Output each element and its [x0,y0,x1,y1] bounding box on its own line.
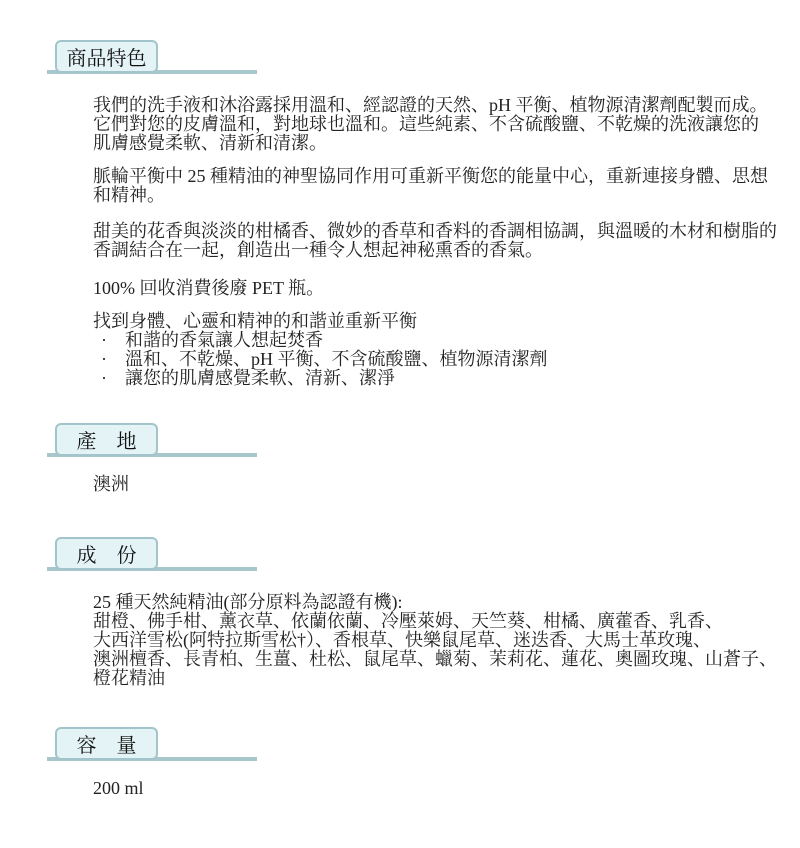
origin-value-block: 澳洲 [93,475,778,494]
section-title-volume: 容 量 [77,729,137,758]
bullet-marker: · [101,331,125,350]
text-line: 100% 回收消費後廢 PET 瓶。 [93,279,778,298]
section-title-box: 產 地 [55,423,158,456]
text-line: 甜美的花香與淡淡的柑橘香、微妙的香草和香料的香調相協調，與溫暖的木材和樹脂的 [93,222,778,241]
text-line: 和精神。 [93,186,778,205]
product-detail-page: 商品特色 我們的洗手液和沐浴露採用溫和、經認證的天然、pH 平衡、植物源清潔劑配… [0,0,800,848]
bullet-text: 溫和、不乾燥、pH 平衡、不含硫酸鹽、植物源清潔劑 [125,350,548,369]
text-line: 澳洲檀香、長青柏、生薑、杜松、鼠尾草、蠟菊、茉莉花、蓮花、奧圖玫瑰、山蒼子、 [93,650,778,669]
features-paragraph-chakra: 脈輪平衡中 25 種精油的神聖協同作用可重新平衡您的能量中心，重新連接身體、思想… [93,167,778,205]
text-line: 大西洋雪松(阿特拉斯雪松†）、香根草、快樂鼠尾草、迷迭香、大馬士革玫瑰、 [93,631,778,650]
section-title-origin: 產 地 [77,425,137,454]
text-line: 甜橙、佛手柑、薰衣草、依蘭依蘭、冷壓萊姆、天竺葵、柑橘、廣藿香、乳香、 [93,612,778,631]
features-paragraph-intro: 我們的洗手液和沐浴露採用溫和、經認證的天然、pH 平衡、植物源清潔劑配製而成。 … [93,96,778,153]
section-header-ingredients: 成 份 [55,537,270,573]
features-paragraph-bottle: 100% 回收消費後廢 PET 瓶。 [93,279,778,298]
bullet-text: 讓您的肌膚感覺柔軟、清新、潔淨 [125,369,395,388]
features-paragraph-scent: 甜美的花香與淡淡的柑橘香、微妙的香草和香料的香調相協調，與溫暖的木材和樹脂的 香… [93,222,778,260]
bullet-item: · 讓您的肌膚感覺柔軟、清新、潔淨 [93,369,778,388]
section-header-features: 商品特色 [55,40,270,76]
volume-value: 200 ml [93,779,778,798]
text-line: 它們對您的皮膚溫和，對地球也溫和。這些純素、不含硫酸鹽、不乾燥的洗液讓您的 [93,115,778,134]
section-header-volume: 容 量 [55,727,270,763]
text-line: 橙花精油 [93,669,778,688]
bullet-marker: · [101,369,125,388]
ingredients-text-block: 25 種天然純精油(部分原料為認證有機): 甜橙、佛手柑、薰衣草、依蘭依蘭、冷壓… [93,593,778,688]
section-title-features: 商品特色 [67,42,147,71]
section-title-box: 商品特色 [55,40,158,73]
origin-value: 澳洲 [93,475,778,494]
bullet-item: · 溫和、不乾燥、pH 平衡、不含硫酸鹽、植物源清潔劑 [93,350,778,369]
section-title-ingredients: 成 份 [77,539,137,568]
features-harmony-block: 找到身體、心靈和精神的和諧並重新平衡 · 和諧的香氣讓人想起焚香 · 溫和、不乾… [93,312,778,388]
text-line: 肌膚感覺柔軟、清新和清潔。 [93,134,778,153]
bullet-marker: · [101,350,125,369]
bullet-item: · 和諧的香氣讓人想起焚香 [93,331,778,350]
section-title-box: 成 份 [55,537,158,570]
text-line: 我們的洗手液和沐浴露採用溫和、經認證的天然、pH 平衡、植物源清潔劑配製而成。 [93,96,778,115]
text-line: 脈輪平衡中 25 種精油的神聖協同作用可重新平衡您的能量中心，重新連接身體、思想 [93,167,778,186]
text-line: 25 種天然純精油(部分原料為認證有機): [93,593,778,612]
harmony-heading: 找到身體、心靈和精神的和諧並重新平衡 [93,312,778,331]
volume-value-block: 200 ml [93,779,778,798]
section-title-box: 容 量 [55,727,158,760]
section-header-origin: 產 地 [55,423,270,459]
text-line: 香調結合在一起，創造出一種令人想起神秘熏香的香氣。 [93,241,778,260]
bullet-text: 和諧的香氣讓人想起焚香 [125,331,323,350]
